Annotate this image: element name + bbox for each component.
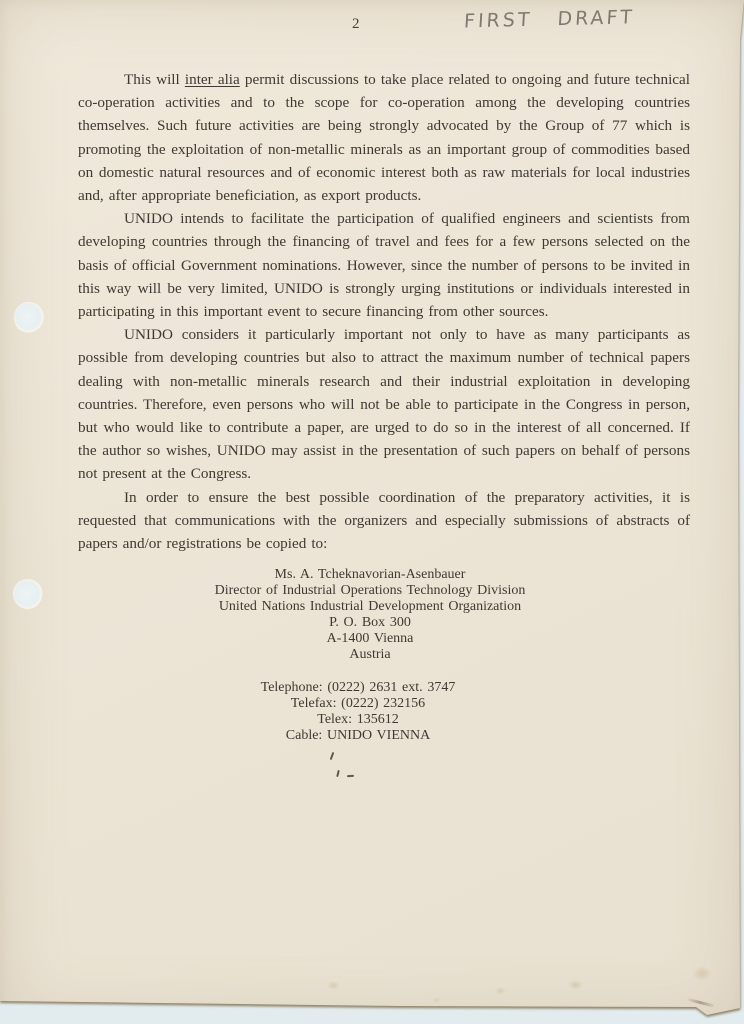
- address-po-box: P. O. Box 300: [64, 615, 676, 631]
- address-title: Director of Industrial Operations Techno…: [64, 583, 676, 599]
- paper-stain: [568, 980, 583, 990]
- contact-telefax: Telefax: (0222) 232156: [52, 696, 664, 712]
- contact-telex: Telex: 135612: [52, 712, 664, 728]
- paragraph-3: UNIDO considers it particularly importan…: [78, 323, 690, 485]
- contact-block: Telephone: (0222) 2631 ext. 3747 Telefax…: [52, 680, 664, 744]
- punch-hole-top: [11, 299, 47, 336]
- address-name: Ms. A. Tcheknavorian-Asenbauer: [64, 567, 676, 583]
- paper-stain: [327, 981, 340, 990]
- paragraph-1-lead: This will: [124, 71, 185, 88]
- paper-stain: [432, 997, 441, 1003]
- letter-body: This will inter alia permit discussions …: [78, 68, 690, 744]
- corner-crease: [686, 998, 714, 1008]
- handwritten-annotation: FIRST DRAFT: [463, 6, 664, 33]
- address-country: Austria: [64, 647, 676, 663]
- address-block: Ms. A. Tcheknavorian-Asenbauer Director …: [64, 567, 676, 662]
- scanned-page-wrapper: 2 FIRST DRAFT This will inter alia permi…: [0, 0, 744, 1024]
- address-organization: United Nations Industrial Development Or…: [64, 599, 676, 615]
- stray-ink-mark: [347, 775, 354, 777]
- stray-ink-mark: [330, 752, 335, 760]
- paper-stain: [495, 987, 506, 995]
- paper-sheet: 2 FIRST DRAFT This will inter alia permi…: [0, 0, 744, 1024]
- contact-cable: Cable: UNIDO VIENNA: [52, 728, 664, 744]
- paragraph-1: This will inter alia permit discussions …: [78, 68, 690, 207]
- punch-hole-bottom: [11, 577, 45, 611]
- stray-ink-mark: [336, 770, 340, 777]
- paragraph-1-underlined-phrase: inter alia: [185, 71, 240, 88]
- page-number: 2: [352, 16, 360, 33]
- paragraph-1-rest: permit discussions to take place related…: [78, 71, 690, 204]
- paragraph-4: In order to ensure the best possible coo…: [78, 486, 690, 556]
- paragraph-2: UNIDO intends to facilitate the particip…: [78, 207, 690, 323]
- paper-stain: [692, 966, 712, 981]
- address-city: A-1400 Vienna: [64, 631, 676, 647]
- contact-telephone: Telephone: (0222) 2631 ext. 3747: [52, 680, 664, 696]
